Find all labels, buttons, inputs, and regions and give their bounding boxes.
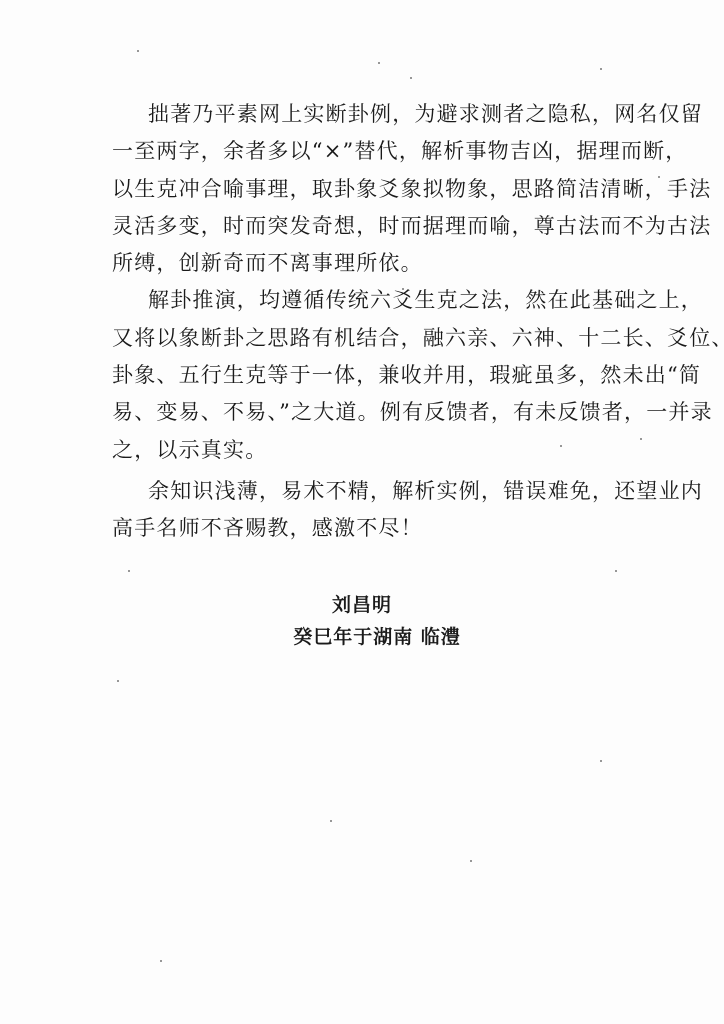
author-signature: 刘昌明 [0,590,724,617]
scan-speck [600,68,602,70]
scan-speck [137,50,139,52]
preface-body: 拙著乃平素网上实断卦例，为避求测者之隐私，网名仅留 一至两字，余者多以“×”替代… [112,96,652,548]
scan-speck [470,860,472,862]
text-line: 拙著乃平素网上实断卦例，为避求测者之隐私，网名仅留 [112,96,652,133]
scan-speck [128,570,130,572]
scan-speck [410,77,412,79]
text-line: 卦象、五行生克等于一体，兼收并用，瑕疵虽多，然未出“简 [112,357,652,394]
scan-speck [402,288,404,290]
scan-speck [378,62,380,64]
text-line: 高手名师不吝赐教，感激不尽！ [112,510,652,547]
text-line: 所缚，创新奇而不离事理所依。 [112,245,652,282]
text-line: 余知识浅薄，易术不精，解析实例，错误难免，还望业内 [112,473,652,510]
scan-speck [160,960,162,962]
scan-speck [640,438,642,440]
scan-speck [560,445,562,447]
text-line: 解卦推演，均遵循传统六爻生克之法，然在此基础之上， [112,282,652,319]
text-line: 又将以象断卦之思路有机结合，融六亲、六神、十二长、爻位、 [112,320,652,357]
paragraph-3: 余知识浅薄，易术不精，解析实例，错误难免，还望业内 高手名师不吝赐教，感激不尽！ [112,473,652,548]
text-line: 一至两字，余者多以“×”替代，解析事物吉凶，据理而断， [112,133,652,170]
scan-speck [600,760,602,762]
text-line: 以生克冲合喻事理，取卦象爻象拟物象，思路简洁清晰，手法 [112,171,652,208]
scan-speck [117,680,119,682]
scanned-page: 拙著乃平素网上实断卦例，为避求测者之隐私，网名仅留 一至两字，余者多以“×”替代… [0,0,724,1024]
text-line: 灵活多变，时而突发奇想，时而据理而喻，尊古法而不为古法 [112,208,652,245]
paragraph-2: 解卦推演，均遵循传统六爻生克之法，然在此基础之上， 又将以象断卦之思路有机结合，… [112,282,652,468]
paragraph-1: 拙著乃平素网上实断卦例，为避求测者之隐私，网名仅留 一至两字，余者多以“×”替代… [112,96,652,282]
scan-speck [615,570,617,572]
text-line: 易、变易、不易、”之大道。例有反馈者，有未反馈者，一并录 [112,394,652,431]
dateline: 癸巳年于湖南 临澧 [0,622,724,649]
scan-speck [330,820,332,822]
scan-speck [658,176,660,178]
text-line: 之，以示真实。 [112,432,652,469]
